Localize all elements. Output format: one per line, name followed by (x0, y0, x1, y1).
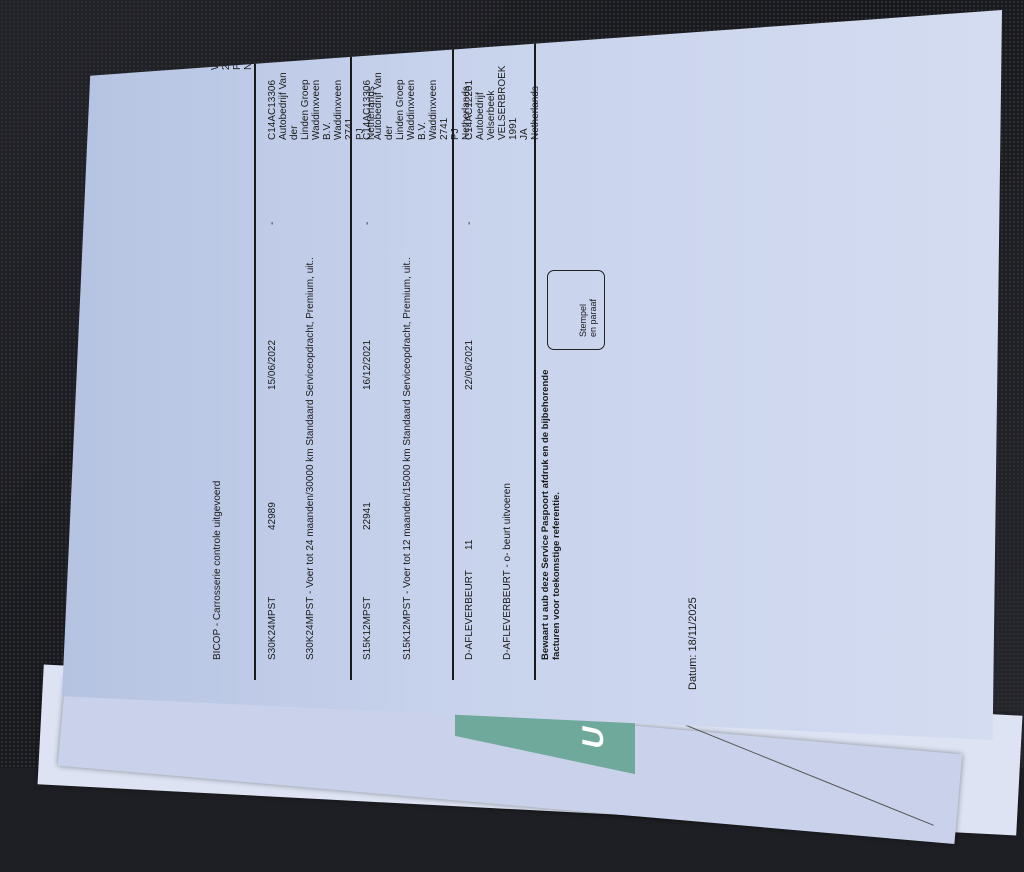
divider (350, 40, 352, 680)
entry-date: 22/06/2021 (464, 340, 475, 390)
entry-date: 16/12/2021 (362, 340, 373, 390)
stamp-box: Stempel en paraaf (547, 270, 605, 350)
divider (452, 40, 454, 680)
entry-dealer: C14AC13306 Autobedrijf Van der Linden Gr… (362, 70, 472, 140)
divider (534, 40, 536, 680)
entry-mileage: 22941 (362, 502, 373, 530)
entry-description: D-AFLEVERBEURT - o- beurt uitvoeren (502, 483, 513, 660)
entry-dash: - (267, 222, 278, 225)
entry-description: S15K12MPST - Voer tot 12 maanden/15000 k… (402, 257, 413, 660)
entry-code: D-AFLEVERBEURT (464, 570, 475, 660)
page-content: Waddinxveen 2741 PJ Netherlands BICOP - … (162, 70, 562, 680)
entry-dash: - (464, 222, 475, 225)
entry-title: BICOP - Carrosserie controle uitgevoerd (212, 481, 223, 660)
entry-mileage: 11 (464, 540, 475, 550)
divider (254, 30, 256, 680)
retention-note: Bewaart u aub deze Service Paspoort afdr… (540, 340, 562, 660)
document-date: Datum: 18/11/2025 (687, 597, 699, 690)
entry-mileage: 42989 (267, 502, 278, 530)
entry-code: S15K12MPST (362, 597, 373, 660)
entry-description: S30K24MPST - Voer tot 24 maanden/30000 k… (305, 257, 316, 660)
entry-dealer: C14AC12201 Autobedrijf Velserbeek VELSER… (464, 66, 541, 140)
service-passport-page: Waddinxveen 2741 PJ Netherlands BICOP - … (62, 10, 1002, 740)
entry-date: 15/06/2022 (267, 340, 278, 390)
stamp-label: Stempel en paraaf (578, 299, 598, 337)
entry-code: S30K24MPST (267, 597, 278, 660)
entry-dealer: C14AC13306 Autobedrijf Van der Linden Gr… (267, 70, 377, 140)
entry-dash: - (362, 222, 373, 225)
